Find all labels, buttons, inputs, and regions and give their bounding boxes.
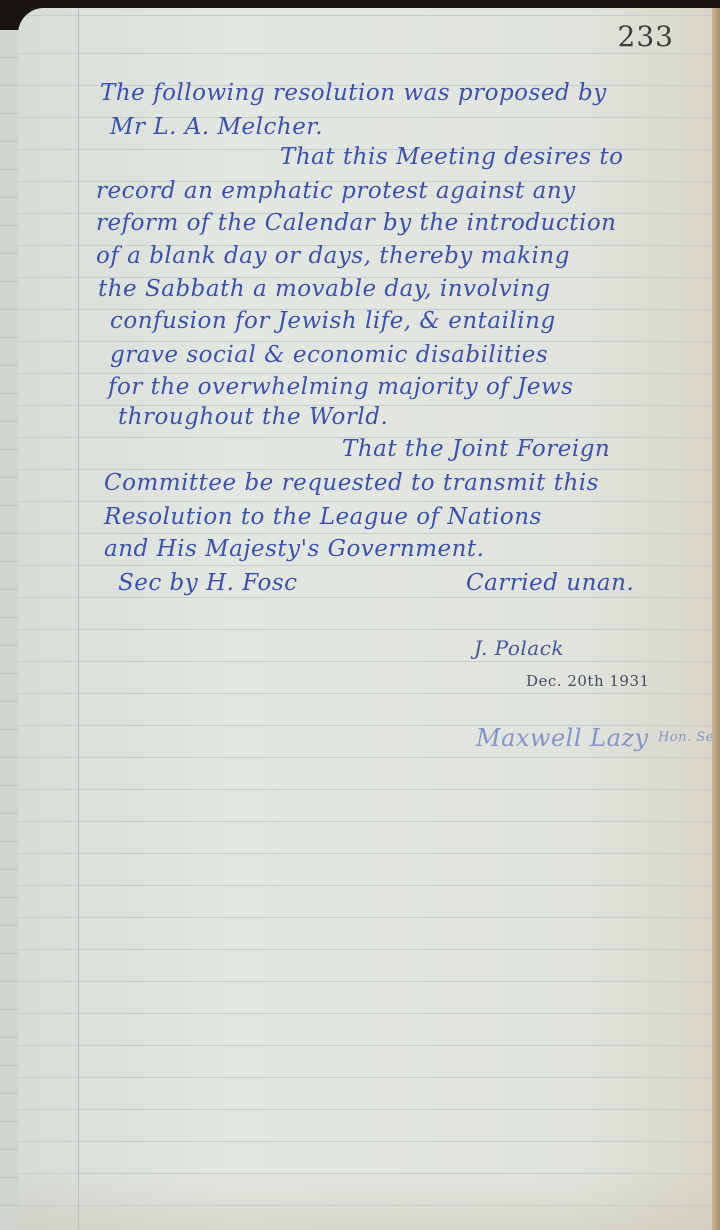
handwritten-line: That the Joint Foreign (342, 436, 610, 462)
signature-chairman: J. Polack (474, 636, 564, 660)
handwritten-line: That this Meeting desires to (280, 144, 623, 170)
handwritten-line: Carried unan. (466, 570, 634, 596)
signature-secretary: Maxwell Lazy (476, 724, 649, 752)
handwritten-line: for the overwhelming majority of Jews (108, 374, 573, 400)
page-edge (712, 8, 720, 1230)
handwritten-line: the Sabbath a movable day, involving (98, 276, 551, 302)
handwritten-line: Sec by H. Fosc (118, 570, 298, 596)
handwritten-line: record an emphatic protest against any (96, 178, 576, 204)
handwritten-line: The following resolution was proposed by (100, 80, 607, 106)
page-number: 233 (618, 20, 674, 53)
handwritten-line: grave social & economic disabilities (110, 342, 548, 368)
margin-rule (78, 8, 79, 1230)
secretary-title: Hon. Sec. (658, 730, 720, 745)
handwritten-line: of a blank day or days, thereby making (96, 243, 570, 269)
handwritten-line: throughout the World. (118, 404, 388, 430)
handwritten-line: Mr L. A. Melcher. (110, 114, 323, 140)
handwritten-line: and His Majesty's Government. (104, 536, 485, 562)
handwritten-line: Resolution to the League of Nations (104, 504, 542, 530)
signature-date: Dec. 20th 1931 (526, 672, 650, 690)
ledger-page: 233 The following resolution was propose… (18, 8, 714, 1230)
handwritten-line: confusion for Jewish life, & entailing (110, 308, 556, 334)
handwritten-line: reform of the Calendar by the introducti… (96, 210, 617, 236)
page-shadow (18, 1170, 714, 1230)
handwritten-line: Committee be requested to transmit this (104, 470, 599, 496)
